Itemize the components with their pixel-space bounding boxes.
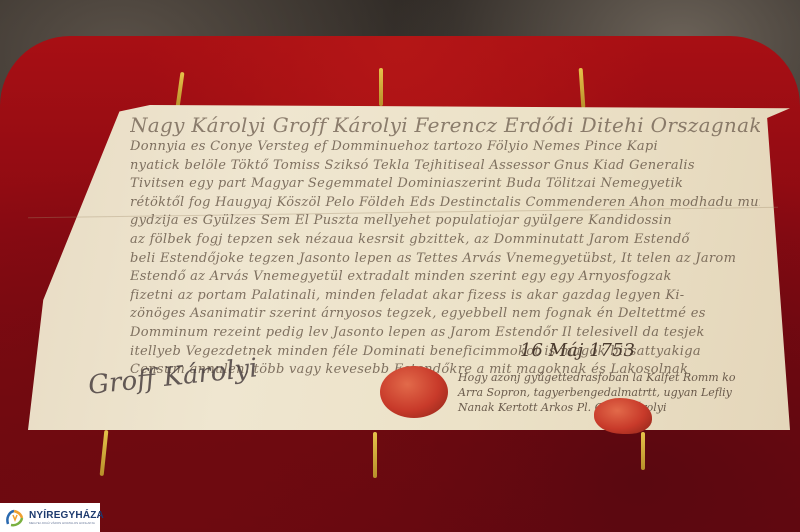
document-line: beli Estendőjoke tegzen Jasonto lepen as… [130,250,760,269]
note-line: Hogy azonj gyűgettedrasfoban la Kalfet R… [458,370,778,385]
gold-cord-bottom-right [641,432,645,470]
document-date: 16 Máj 1753 [520,340,635,361]
document-line: gydzija es Gyülzes Sem El Puszta mellyeh… [130,212,760,231]
gold-cord-top-center [379,68,383,106]
document-line: Estendő az Arvás Vnemegyetül extradalt m… [130,268,760,287]
document-line: zönöges Asanimatir szerint árnyosos tegz… [130,305,760,324]
document-line: fizetni az portam Palatinali, minden fel… [130,287,760,306]
wax-seal-center [380,366,448,418]
document-line: az fölbek fogj tepzen sek nézaua kesrsit… [130,231,760,250]
wax-seal-right [594,398,652,434]
document-text: Nagy Károlyi Groff Károlyi Ferencz Erdőd… [130,112,760,380]
gold-cord-bottom-center [373,432,377,478]
watermark-subtitle: MEGYEI JOGÚ VÁROS HIVATALOS HONLAPJA [29,521,104,525]
document-line: rétöktől fog Haugyaj Köszöl Pelo Földeh … [130,194,760,213]
document-line: Domminum rezeint pedig lev Jasonto lepen… [130,324,760,343]
document-line: Tivitsen egy part Magyar Segemmatel Domi… [130,175,760,194]
city-emblem-icon [5,508,25,528]
watermark-name: NYÍREGYHÁZA [29,510,104,521]
document-line: nyatick belöle Töktő Tomiss Sziksó Tekla… [130,157,760,176]
document-title-line: Nagy Károlyi Groff Károlyi Ferencz Erdőd… [130,112,760,138]
watermark-logo: NYÍREGYHÁZA MEGYEI JOGÚ VÁROS HIVATALOS … [0,503,100,532]
document-line: Donnyia es Conye Versteg ef Domminuehoz … [130,138,760,157]
